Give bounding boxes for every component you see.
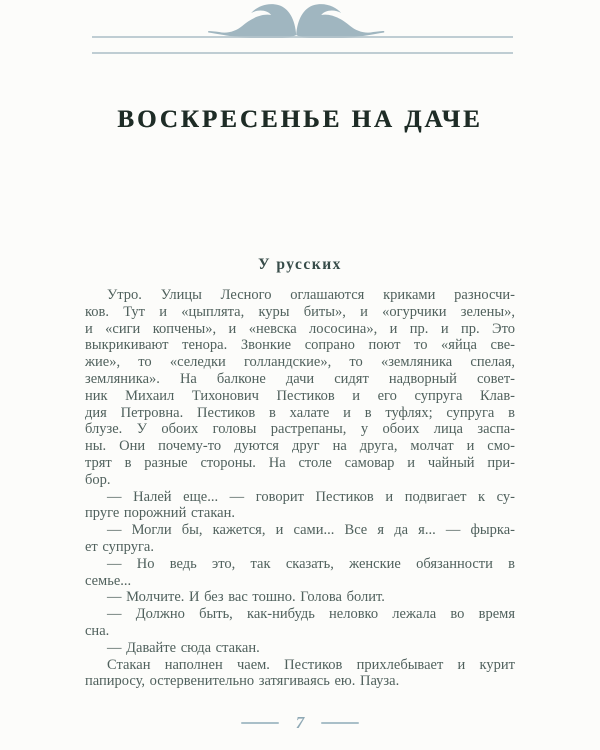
text-line: и «сиги копчены», и «невска лососина», и… bbox=[85, 321, 515, 338]
text-line: ник Михаил Тихонович Пестиков и его супр… bbox=[85, 388, 515, 405]
header-rule-bottom bbox=[92, 52, 513, 54]
paragraph: — Но ведь это, так сказать, женские обяз… bbox=[85, 556, 515, 590]
footer-dash-left bbox=[241, 722, 279, 724]
text-line: — Молчите. И без вас тошно. Голова болит… bbox=[85, 589, 515, 606]
text-line: папиросу, остервенительно затягиваясь ею… bbox=[85, 673, 515, 690]
text-line: Утро. Улицы Лесного оглашаются криками р… bbox=[85, 287, 515, 304]
paragraph: — Должно быть, как-нибудь неловко лежала… bbox=[85, 606, 515, 640]
text-line: бор. bbox=[85, 472, 515, 489]
book-page: ВОСКРЕСЕНЬЕ НА ДАЧЕ У русских Утро. Улиц… bbox=[0, 0, 600, 750]
text-line: сна. bbox=[85, 623, 515, 640]
text-line: ков. Тут и «цыплята, куры биты», и «огур… bbox=[85, 304, 515, 321]
text-line: жие», то «селедки голландские», то «земл… bbox=[85, 354, 515, 371]
wing-flourish-icon bbox=[201, 2, 391, 38]
paragraph: — Молчите. И без вас тошно. Голова болит… bbox=[85, 589, 515, 606]
text-line: пруге порожний стакан. bbox=[85, 505, 515, 522]
text-line: земляника». На балконе дачи сидят надвор… bbox=[85, 371, 515, 388]
page-number: 7 bbox=[296, 713, 305, 733]
paragraph: — Могли бы, кажется, и сами... Все я да … bbox=[85, 522, 515, 556]
text-line: дия Петровна. Пестиков в халате и в туфл… bbox=[85, 405, 515, 422]
text-line: выкрикивают тенора. Звонкие сопрано поют… bbox=[85, 337, 515, 354]
paragraph: — Давайте сюда стакан. bbox=[85, 640, 515, 657]
text-line: — Давайте сюда стакан. bbox=[85, 640, 515, 657]
page-title: ВОСКРЕСЕНЬЕ НА ДАЧЕ bbox=[0, 106, 600, 134]
paragraph: Утро. Улицы Лесного оглашаются криками р… bbox=[85, 287, 515, 489]
text-line: Стакан наполнен чаем. Пестиков прихлебыв… bbox=[85, 657, 515, 674]
footer-dash-right bbox=[321, 722, 359, 724]
text-line: трят в разные стороны. На столе самовар … bbox=[85, 455, 515, 472]
page-footer: 7 bbox=[0, 713, 600, 733]
body-text: Утро. Улицы Лесного оглашаются криками р… bbox=[85, 287, 515, 690]
text-line: — Налей еще... — говорит Пестиков и подв… bbox=[85, 489, 515, 506]
text-line: блузе. У обоих головы растрепаны, у обои… bbox=[85, 421, 515, 438]
text-line: ет супруга. bbox=[85, 539, 515, 556]
text-line: — Могли бы, кажется, и сами... Все я да … bbox=[85, 522, 515, 539]
text-line: — Но ведь это, так сказать, женские обяз… bbox=[85, 556, 515, 573]
text-line: ны. Они почему-то дуются друг на друга, … bbox=[85, 438, 515, 455]
paragraph: — Налей еще... — говорит Пестиков и подв… bbox=[85, 489, 515, 523]
paragraph: Стакан наполнен чаем. Пестиков прихлебыв… bbox=[85, 657, 515, 691]
header-rule-top bbox=[92, 36, 513, 38]
text-line: семье... bbox=[85, 573, 515, 590]
section-heading: У русских bbox=[0, 256, 600, 274]
text-line: — Должно быть, как-нибудь неловко лежала… bbox=[85, 606, 515, 623]
